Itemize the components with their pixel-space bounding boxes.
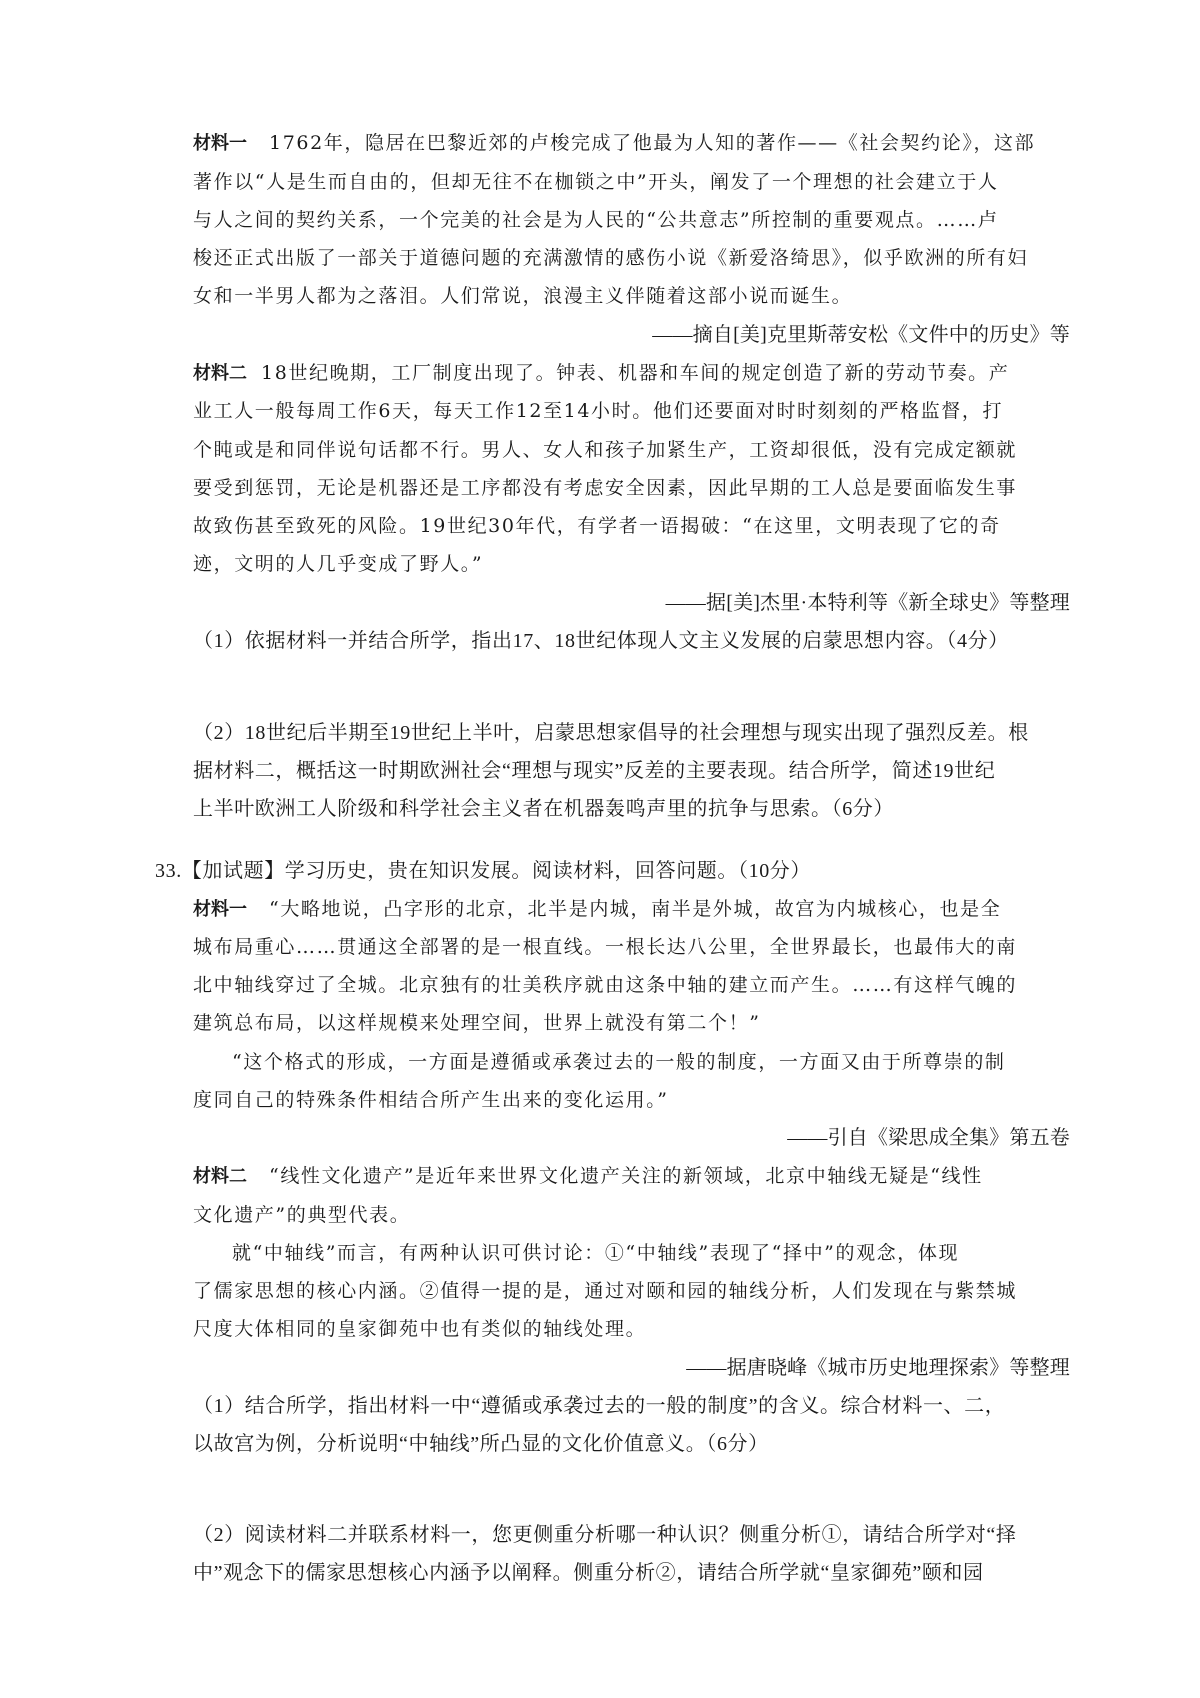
q32-material2-line-4: 要受到惩罚，无论是机器还是工序都没有考虑安全因素，因此早期的工人总是要面临发生事 (193, 475, 1070, 501)
material-label: 材料一 (193, 133, 247, 154)
exam-page: 材料一1762年，隐居在巴黎近郊的卢梭完成了他最为人知的著作——《社会契约论》，… (0, 0, 1200, 1698)
q33-material1-line-1: 材料一“大略地说，凸字形的北京，北半是内城，南半是外城，故宫为内城核心，也是全 (193, 896, 1070, 922)
material-label: 材料二 (193, 363, 247, 384)
q32-question-2-line-1: （2）18世纪后半期至19世纪上半叶，启蒙思想家倡导的社会理想与现实出现了强烈反… (193, 720, 1070, 746)
q33-material2-para2-line-1: 就“中轴线”而言，有两种认识可供讨论：①“中轴线”表现了“择中”的观念，体现 (232, 1240, 1070, 1266)
q33-material2-para2-line-2: 了儒家思想的核心内涵。②值得一提的是，通过对颐和园的轴线分析，人们发现在与紫禁城 (193, 1278, 1070, 1304)
q32-material2-source: ——据[美]杰里·本特利等《新全球史》等整理 (666, 590, 1070, 616)
q32-question-2-line-2: 据材料二，概括这一时期欧洲社会“理想与现实”反差的主要表现。结合所学，简述19世… (193, 758, 1070, 784)
q33-material1-para2-line-2: 度同自己的特殊条件相结合所产生出来的变化运用。” (193, 1087, 1070, 1113)
q32-material2-line-6: 迹，文明的人几乎变成了野人。” (193, 551, 1070, 577)
q33-material2-line-2: 文化遗产”的典型代表。 (193, 1202, 1070, 1228)
q33-material2-source: ——据唐晓峰《城市历史地理探索》等整理 (686, 1355, 1070, 1381)
q33-material2-line-1: 材料二“线性文化遗产”是近年来世界文化遗产关注的新领域，北京中轴线无疑是“线性 (193, 1163, 1070, 1189)
q32-question-1: （1）依据材料一并结合所学，指出17、18世纪体现人文主义发展的启蒙思想内容。（… (193, 628, 1070, 654)
q32-material1-line-3: 与人之间的契约关系，一个完美的社会是为人民的“公共意志”所控制的重要观点。……卢 (193, 207, 1070, 233)
q33-material1-para2-line-1: “这个格式的形成，一方面是遵循或承袭过去的一般的制度，一方面又由于所尊崇的制 (232, 1049, 1070, 1075)
q33-question-2-line-1: （2）阅读材料二并联系材料一，您更侧重分析哪一种认识？侧重分析①，请结合所学对“… (193, 1522, 1070, 1548)
q32-question-2-line-3: 上半叶欧洲工人阶级和科学社会主义者在机器轰鸣声里的抗争与思索。（6分） (193, 796, 1070, 822)
q32-material1-line-1: 材料一1762年，隐居在巴黎近郊的卢梭完成了他最为人知的著作——《社会契约论》，… (193, 130, 1070, 156)
q32-material2-line-2: 业工人一般每周工作6天，每天工作12至14小时。他们还要面对时时刻刻的严格监督，… (193, 398, 1070, 424)
q32-material1-source: ——摘自[美]克里斯蒂安松《文件中的历史》等 (652, 322, 1070, 348)
material-label: 材料二 (193, 1166, 247, 1187)
q32-material1-line-4: 梭还正式出版了一部关于道德问题的充满激情的感伤小说《新爱洛绮思》，似乎欧洲的所有… (193, 245, 1070, 271)
q33-question-1-line-2: 以故宫为例，分析说明“中轴线”所凸显的文化价值意义。（6分） (193, 1431, 1070, 1457)
q33-material1-line-2: 城布局重心……贯通这全部署的是一根直线。一根长达八公里，全世界最长，也最伟大的南 (193, 934, 1070, 960)
q33-material1-line-4: 建筑总布局，以这样规模来处理空间，世界上就没有第二个！” (193, 1010, 1070, 1036)
q32-material1-line-5: 女和一半男人都为之落泪。人们常说，浪漫主义伴随着这部小说而诞生。 (193, 283, 1070, 309)
material-label: 材料一 (193, 899, 247, 920)
q33-material1-line-3: 北中轴线穿过了全城。北京独有的壮美秩序就由这条中轴的建立而产生。……有这样气魄的 (193, 972, 1070, 998)
q32-material2-line-1: 材料二18世纪晚期，工厂制度出现了。钟表、机器和车间的规定创造了新的劳动节奏。产 (193, 360, 1070, 386)
q33-header: 33.【加试题】学习历史，贵在知识发展。阅读材料，回答问题。（10分） (155, 858, 1070, 884)
q32-material1-line-2: 著作以“人是生而自由的，但却无往不在枷锁之中”开头，阐发了一个理想的社会建立于人 (193, 169, 1070, 195)
q32-material2-line-5: 故致伤甚至致死的风险。19世纪30年代，有学者一语揭破：“在这里，文明表现了它的… (193, 513, 1070, 539)
q33-question-2-line-2: 中”观念下的儒家思想核心内涵予以阐释。侧重分析②，请结合所学就“皇家御苑”颐和园 (193, 1560, 1070, 1586)
q33-material2-para2-line-3: 尺度大体相同的皇家御苑中也有类似的轴线处理。 (193, 1316, 1070, 1342)
q33-material1-source: ——引自《梁思成全集》第五卷 (787, 1125, 1070, 1151)
q33-question-1-line-1: （1）结合所学，指出材料一中“遵循或承袭过去的一般的制度”的含义。综合材料一、二… (193, 1393, 1070, 1419)
q32-material2-line-3: 个盹或是和同伴说句话都不行。男人、女人和孩子加紧生产，工资却很低，没有完成定额就 (193, 437, 1070, 463)
